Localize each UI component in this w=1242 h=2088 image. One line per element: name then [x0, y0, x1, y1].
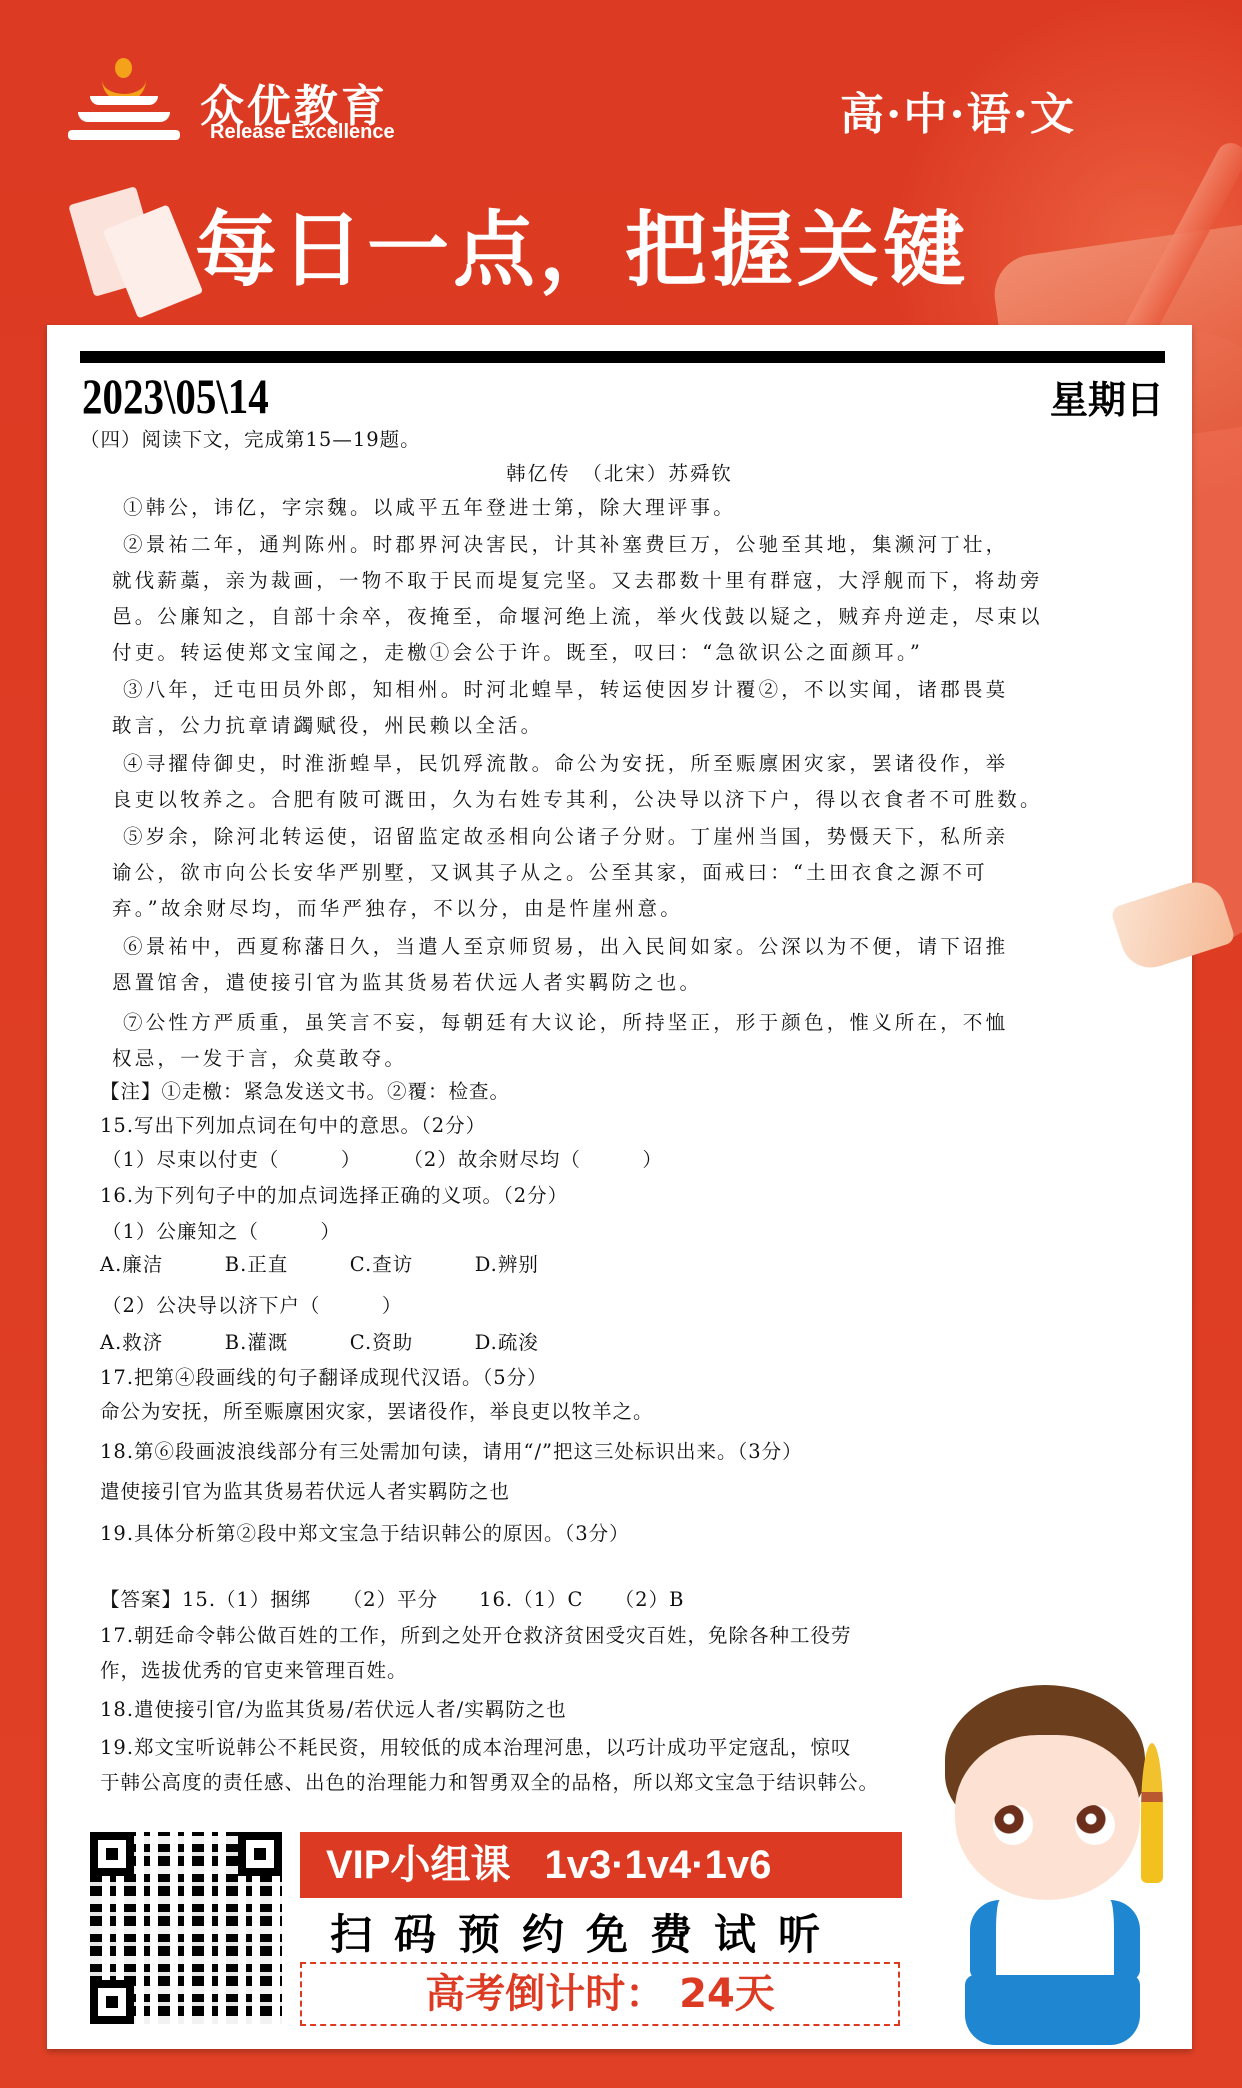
subject-title: 高·中·语·文 — [840, 78, 1076, 142]
question-line: 18.第⑥段画波浪线部分有三处需加句读，请用“/”把这三处标识出来。（3分） — [100, 1434, 803, 1470]
passage-line: 谕公，欲市向公长安华严别墅，又讽其子从之。公至其家，面戒曰：“土田衣食之源不可 — [112, 855, 988, 891]
answer-line: 作，选拔优秀的官吏来管理百姓。 — [100, 1653, 408, 1689]
passage-line: 邑。公廉知之，自部十余卒，夜掩至，命堰河绝上流，举火伐鼓以疑之，贼弃舟逆走，尽束… — [112, 599, 1043, 635]
passage-line: ⑦公性方严质重，虽笑言不妄，每朝廷有大议论，所持坚正，形于颜色，惟义所在，不恤 — [123, 1005, 1008, 1041]
divider — [80, 351, 1165, 363]
passage-line: 弃。”故余财尽均，而华严独存，不以分，由是忤崖州意。 — [112, 891, 683, 927]
note: 【注】①走檄：紧急发送文书。②覆：检查。 — [100, 1074, 510, 1110]
passage-title: 韩亿传 （北宋）苏舜钦 — [47, 456, 1192, 492]
passage-line: ②景祐二年，通判陈州。时郡界河决害民，计其补塞费巨万，公驰至其地，集濒河丁壮， — [123, 527, 1008, 563]
mascot-boy-icon — [925, 1685, 1185, 2055]
passage-line: 良吏以牧养之。合肥有陂可溉田，久为右姓专其利，公决导以济下户，得以衣食者不可胜数… — [112, 782, 1043, 818]
question-line: （2）公决导以济下户（ ） — [102, 1288, 402, 1324]
question-line: 15.写出下列加点词在句中的意思。（2分） — [100, 1108, 486, 1144]
question-line: A.廉洁 B.正直 C.查访 D.辨别 — [100, 1247, 539, 1283]
question-line: 16.为下列句子中的加点词选择正确的义项。（2分） — [100, 1178, 568, 1214]
passage-line: 付吏。转运使郑文宝闻之，走檄①会公于许。既至，叹曰：“急欲识公之面颜耳。” — [112, 635, 923, 671]
date: 2023\05\14 — [82, 367, 269, 425]
passage-line: 敢言，公力抗章请蠲赋役，州民赖以全活。 — [112, 708, 543, 744]
exam-papers-icon — [74, 180, 214, 330]
answer-line: 于韩公高度的责任感、出色的治理能力和智勇双全的品格，所以郑文宝急于结识韩公。 — [100, 1765, 879, 1801]
passage-line: ⑥景祐中，西夏称藩日久，当遣人至京师贸易，出入民间如家。公深以为不便，请下诏推 — [123, 929, 1008, 965]
passage-line: ③八年，迁屯田员外郎，知相州。时河北蝗旱，转运使因岁计覆②，不以实闻，诸郡畏莫 — [123, 672, 1008, 708]
scan-to-book-label: 扫码预约免费试听 — [330, 1902, 842, 1962]
brush-icon — [1141, 1743, 1163, 1883]
vip-banner: VIP小组课1v3·1v4·1v6 — [300, 1832, 902, 1898]
exam-countdown: 高考倒计时： 24天 — [300, 1962, 900, 2026]
answer-line: 17.朝廷命令韩公做百姓的工作，所到之处开仓救济贫困受灾百姓，免除各种工役劳 — [100, 1618, 852, 1654]
question-line: 17.把第④段画线的句子翻译成现代汉语。（5分） — [100, 1360, 548, 1396]
answer-line: 18.遣使接引官/为监其货易/若伏远人者/实羁防之也 — [100, 1692, 567, 1728]
passage-line: ①韩公，讳亿，字宗魏。以咸平五年登进士第，除大理评事。 — [123, 490, 736, 526]
qr-code-icon[interactable] — [90, 1832, 282, 2024]
answer-line: 【答案】15.（1）捆绑 （2）平分 16.（1）C （2）B — [100, 1582, 684, 1618]
slogan: 每日一点，把握关键 — [195, 185, 969, 302]
passage-line: ⑤岁余，除河北转运使，诏留监定故丞相向公诸子分财。丁崖州当国，势慑天下，私所亲 — [123, 819, 1008, 855]
passage-line: 权忌，一发于言，众莫敢夺。 — [112, 1041, 407, 1077]
passage-line: ④寻擢侍御史，时淮浙蝗旱，民饥殍流散。命公为安抚，所至赈廪困灾家，罢诸役作，举 — [123, 746, 1008, 782]
vip-formats: 1v3·1v4·1v6 — [544, 1843, 771, 1887]
intro: （四）阅读下文，完成第15—19题。 — [80, 422, 421, 458]
passage-line: 就伐薪藁，亲为裁画，一物不取于民而堤复完坚。又去郡数十里有群寇，大浮舰而下，将劫… — [112, 563, 1043, 599]
weekday: 星期日 — [1050, 369, 1164, 424]
question-line: 19.具体分析第②段中郑文宝急于结识韩公的原因。（3分） — [100, 1516, 630, 1552]
question-line: 遣使接引官为监其货易若伏远人者实羁防之也 — [100, 1474, 510, 1510]
question-line: A.救济 B.灌溉 C.资助 D.疏浚 — [100, 1325, 539, 1361]
question-line: （1）公廉知之（ ） — [102, 1214, 341, 1250]
vip-label: VIP小组课 — [326, 1843, 510, 1887]
passage-line: 恩置馆舍，遣使接引官为监其货易若伏远人者实羁防之也。 — [112, 965, 702, 1001]
question-line: （1）尽束以付吏（ ） （2）故余财尽均（ ） — [102, 1142, 663, 1178]
answer-line: 19.郑文宝听说韩公不耗民资，用较低的成本治理河患，以巧计成功平定寇乱，惊叹 — [100, 1730, 852, 1766]
brand-logo-icon — [68, 52, 178, 142]
brand-tagline: Release Excellence — [210, 121, 395, 144]
question-line: 命公为安抚，所至赈廪困灾家，罢诸役作，举良吏以牧羊之。 — [100, 1394, 654, 1430]
